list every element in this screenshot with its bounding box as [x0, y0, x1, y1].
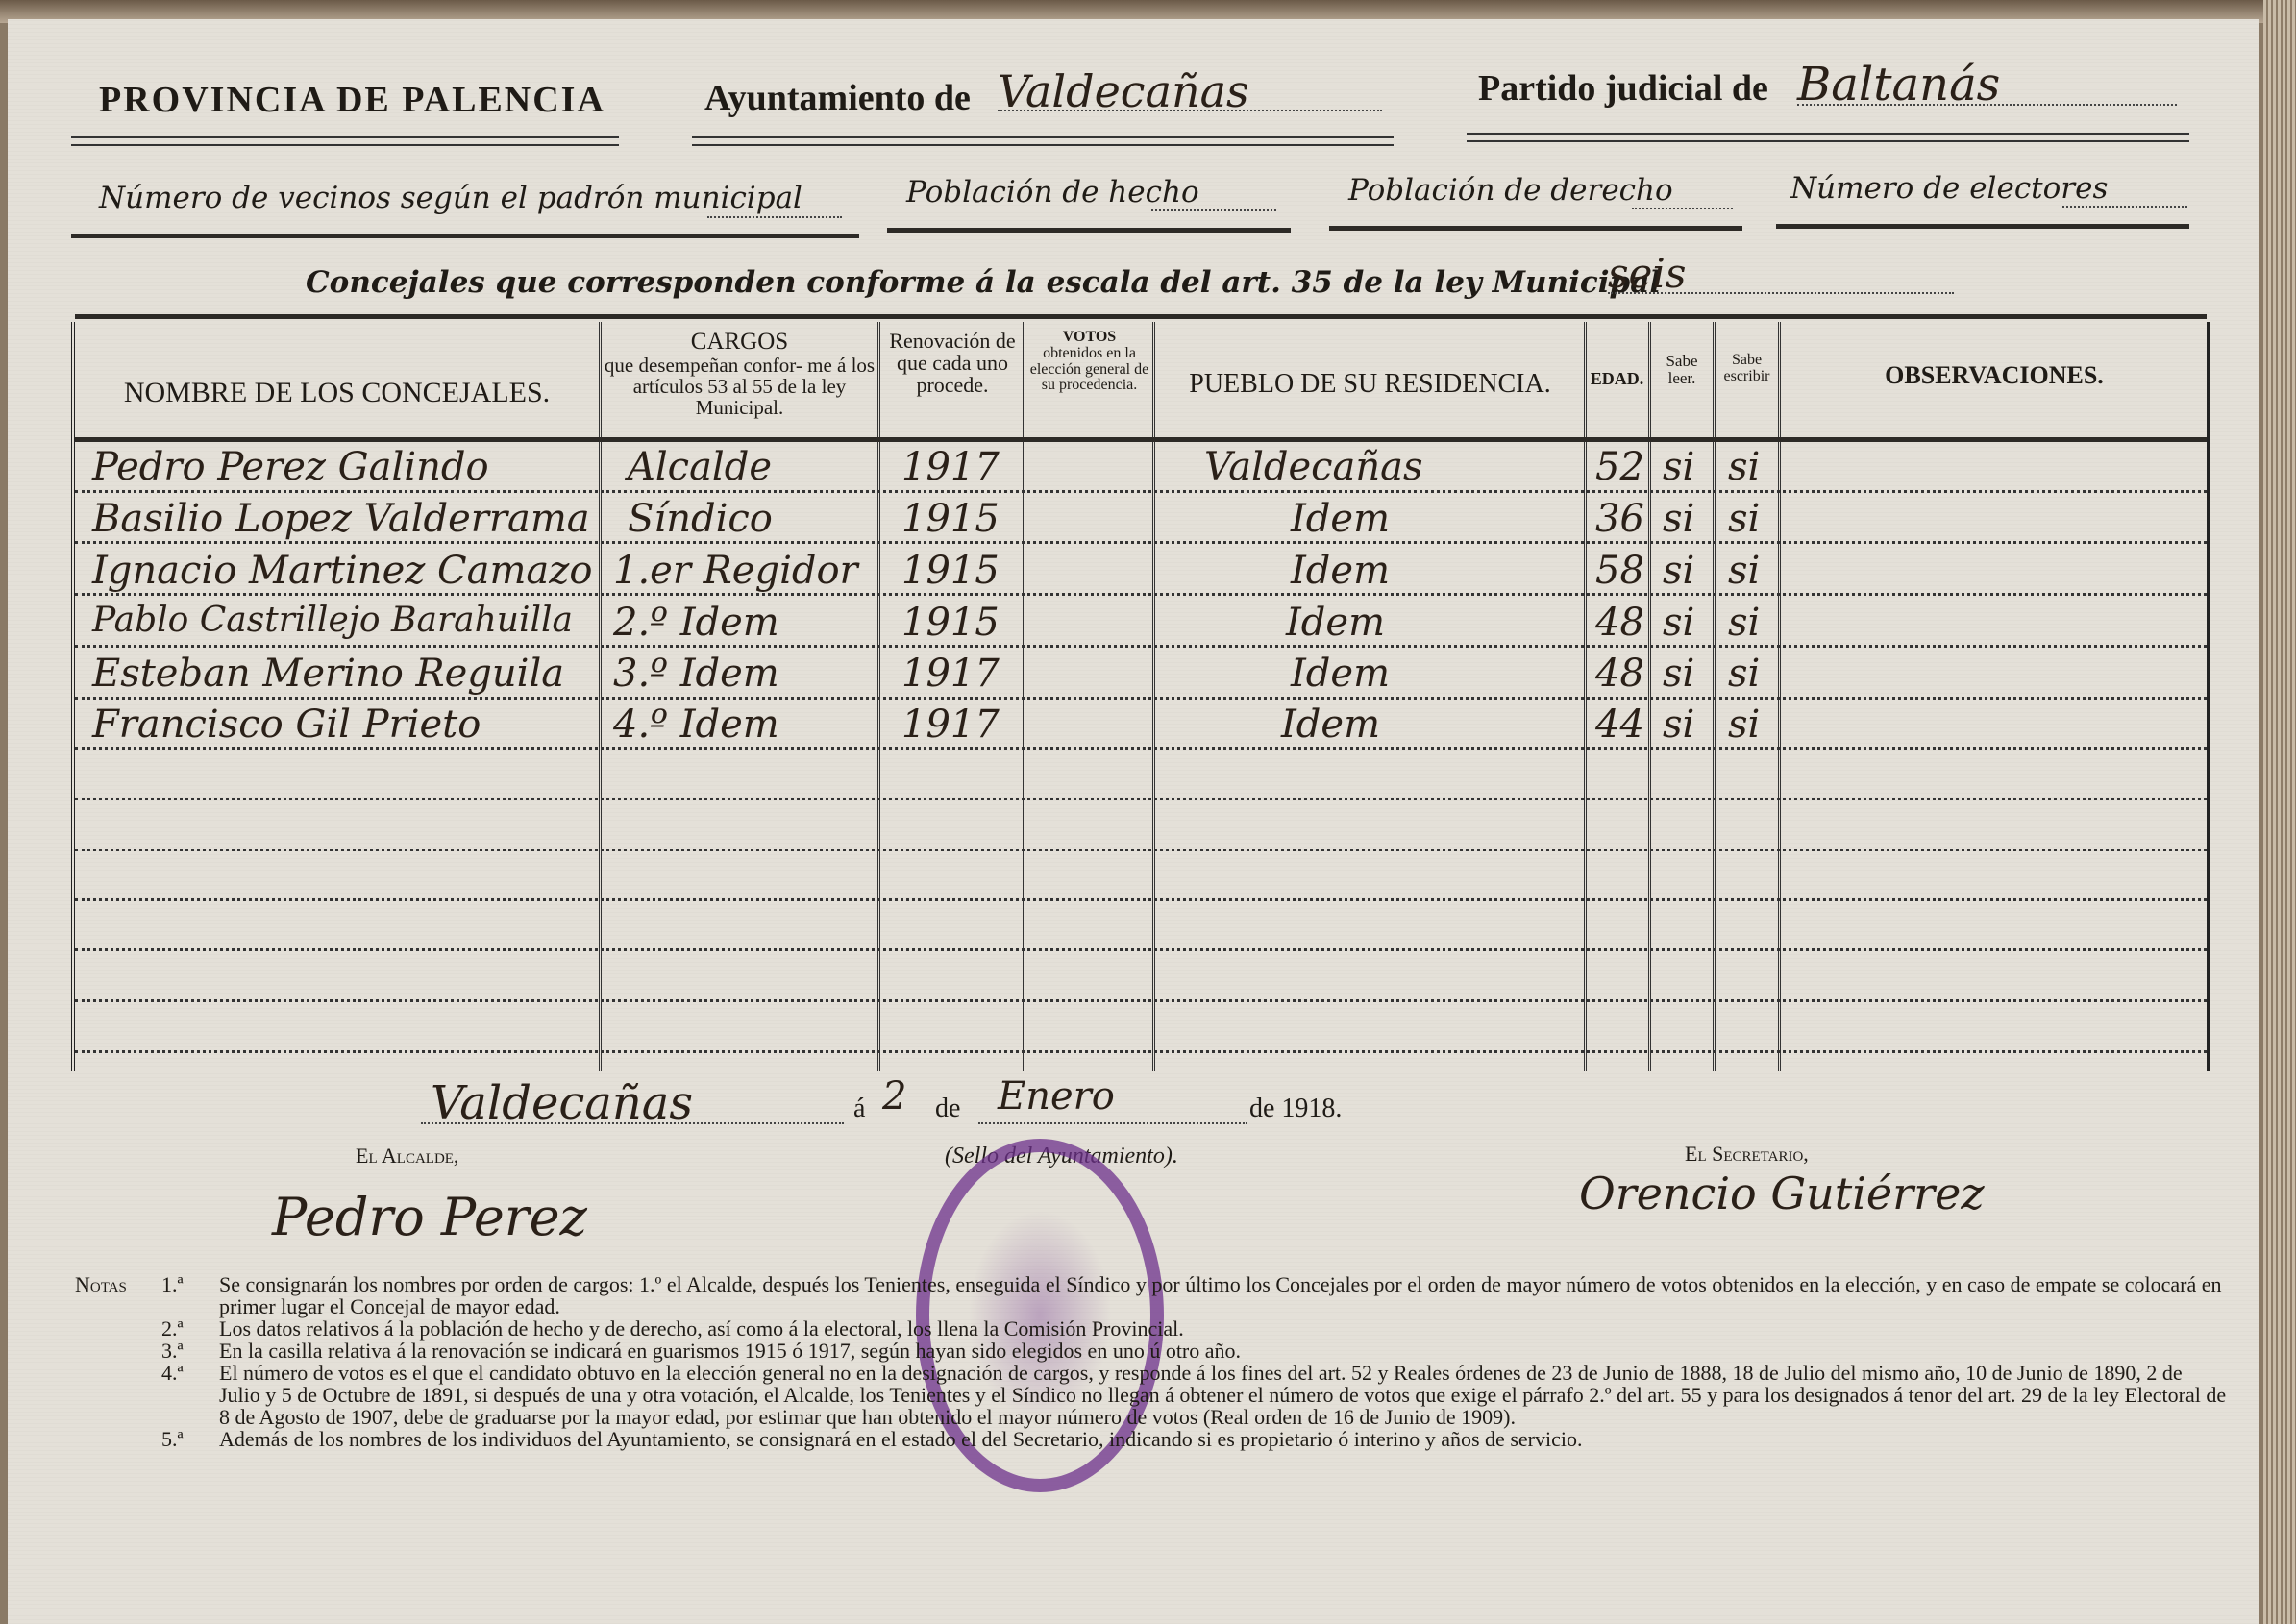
row-renovacion[interactable]: 1915 — [901, 549, 1000, 593]
row-leer[interactable]: si — [1663, 445, 1694, 489]
col-edad: EDAD. — [1586, 370, 1648, 388]
date-de: de — [935, 1094, 960, 1124]
col-renovacion: Renovación de que cada uno procede. — [882, 330, 1023, 396]
row-cargo[interactable]: 4.º Idem — [613, 702, 779, 747]
row-nombre[interactable]: Basilio Lopez Valderrama — [92, 497, 590, 541]
row-pueblo[interactable]: Idem — [1281, 702, 1380, 747]
row-edad[interactable]: 58 — [1595, 549, 1644, 593]
partido-label: Partido judicial de — [1478, 67, 1768, 110]
col-nombre: NOMBRE DE LOS CONCEJALES. — [75, 378, 599, 408]
note-item: 1.ªSe consignarán los nombres por orden … — [75, 1273, 2228, 1317]
row-leer[interactable]: si — [1663, 652, 1694, 696]
divider — [887, 228, 1291, 233]
note-item: 5.ªAdemás de los nombres de los individu… — [75, 1428, 2228, 1450]
col-cargos-sub: que desempeñan confor- me á los artículo… — [602, 355, 877, 418]
partido-value[interactable]: Baltanás — [1797, 58, 2177, 106]
date-day[interactable]: 2 — [882, 1074, 906, 1119]
document-page: PROVINCIA DE PALENCIA Ayuntamiento de Va… — [8, 19, 2259, 1624]
date-a: á — [853, 1094, 865, 1124]
divider — [71, 234, 859, 238]
ayuntamiento-value[interactable]: Valdecañas — [998, 65, 1382, 111]
row-renovacion[interactable]: 1917 — [901, 445, 1000, 489]
row-edad[interactable]: 48 — [1595, 601, 1644, 645]
note-item: 4.ªEl número de votos es el que el candi… — [75, 1362, 2228, 1428]
divider — [1776, 224, 2189, 229]
col-cargos: CARGOS que desempeñan confor- me á los a… — [602, 330, 877, 418]
row-renovacion[interactable]: 1915 — [901, 601, 1000, 645]
row-renovacion[interactable]: 1917 — [901, 702, 1000, 747]
note-item: 2.ªLos datos relativos á la población de… — [75, 1317, 2228, 1340]
col-observaciones: OBSERVACIONES. — [1782, 362, 2207, 388]
row-cargo[interactable]: Alcalde — [628, 445, 772, 489]
row-edad[interactable]: 52 — [1595, 445, 1644, 489]
notes-section: Notas 1.ªSe consignarán los nombres por … — [75, 1273, 2228, 1450]
divider — [1329, 226, 1742, 231]
row-escribir[interactable]: si — [1728, 445, 1760, 489]
col-pueblo: PUEBLO DE SU RESIDENCIA. — [1156, 370, 1584, 398]
poblacion-derecho-label: Población de derecho — [1348, 173, 1673, 208]
electores-field[interactable] — [2062, 196, 2187, 208]
col-leer: Sabe leer. — [1651, 353, 1713, 387]
row-escribir[interactable]: si — [1728, 652, 1760, 696]
row-escribir[interactable]: si — [1728, 702, 1760, 747]
header-rule — [75, 437, 2207, 442]
note-item: 3.ªEn la casilla relativa á la renovació… — [75, 1340, 2228, 1362]
col-escribir: Sabe escribir — [1716, 353, 1778, 385]
concejales-table: NOMBRE DE LOS CONCEJALES. CARGOS que des… — [71, 322, 2210, 1071]
secretario-label: El Secretario, — [1685, 1142, 1809, 1167]
date-year: de 1918. — [1249, 1094, 1342, 1124]
row-escribir[interactable]: si — [1728, 601, 1760, 645]
poblacion-hecho-field[interactable] — [1151, 200, 1276, 211]
row-cargo[interactable]: 3.º Idem — [613, 652, 779, 696]
secretario-signature: Orencio Gutiérrez — [1579, 1168, 1985, 1219]
row-pueblo[interactable]: Idem — [1286, 601, 1385, 645]
divider — [1467, 133, 2189, 142]
row-nombre[interactable]: Esteban Merino Reguila — [92, 652, 564, 696]
divider — [71, 136, 619, 146]
divider — [692, 136, 1394, 146]
col-votos: VOTOS obtenidos en la elección general d… — [1026, 330, 1152, 394]
row-leer[interactable]: si — [1663, 601, 1694, 645]
row-pueblo[interactable]: Idem — [1291, 497, 1390, 541]
date-month[interactable]: Enero — [998, 1074, 1115, 1119]
concejales-label: Concejales que corresponden conforme á l… — [306, 265, 1661, 300]
row-pueblo[interactable]: Idem — [1291, 652, 1390, 696]
row-escribir[interactable]: si — [1728, 497, 1760, 541]
book-edge-right — [2263, 0, 2296, 1624]
row-edad[interactable]: 36 — [1595, 497, 1644, 541]
row-leer[interactable]: si — [1663, 702, 1694, 747]
row-renovacion[interactable]: 1915 — [901, 497, 1000, 541]
row-edad[interactable]: 44 — [1595, 702, 1644, 747]
provincia-title: PROVINCIA DE PALENCIA — [99, 79, 605, 121]
table-top-rule — [75, 314, 2207, 319]
row-nombre[interactable]: Francisco Gil Prieto — [92, 702, 481, 747]
row-cargo[interactable]: 1.er Regidor — [613, 549, 858, 593]
row-leer[interactable]: si — [1663, 549, 1694, 593]
row-cargo[interactable]: Síndico — [628, 497, 773, 541]
ayuntamiento-label: Ayuntamiento de — [704, 77, 971, 119]
row-escribir[interactable]: si — [1728, 549, 1760, 593]
row-cargo[interactable]: 2.º Idem — [613, 601, 779, 645]
vecinos-field[interactable] — [707, 207, 842, 218]
col-votos-title: VOTOS — [1026, 330, 1152, 346]
alcalde-label: El Alcalde, — [356, 1144, 458, 1169]
vecinos-label: Número de vecinos según el padrón munici… — [99, 181, 802, 215]
row-renovacion[interactable]: 1917 — [901, 652, 1000, 696]
concejales-value[interactable]: seis — [1608, 250, 1954, 294]
col-votos-sub: obtenidos en la elección general de su p… — [1026, 346, 1152, 394]
row-pueblo[interactable]: Valdecañas — [1204, 445, 1423, 489]
row-edad[interactable]: 48 — [1595, 652, 1644, 696]
row-nombre[interactable]: Ignacio Martinez Camazo — [92, 549, 592, 593]
alcalde-signature: Pedro Perez — [272, 1187, 587, 1247]
row-leer[interactable]: si — [1663, 497, 1694, 541]
row-nombre[interactable]: Pablo Castrillejo Barahuilla — [92, 601, 573, 640]
electores-label: Número de electores — [1790, 171, 2108, 206]
poblacion-derecho-field[interactable] — [1632, 198, 1733, 209]
row-pueblo[interactable]: Idem — [1291, 549, 1390, 593]
col-cargos-title: CARGOS — [602, 330, 877, 355]
row-nombre[interactable]: Pedro Perez Galindo — [92, 445, 489, 489]
